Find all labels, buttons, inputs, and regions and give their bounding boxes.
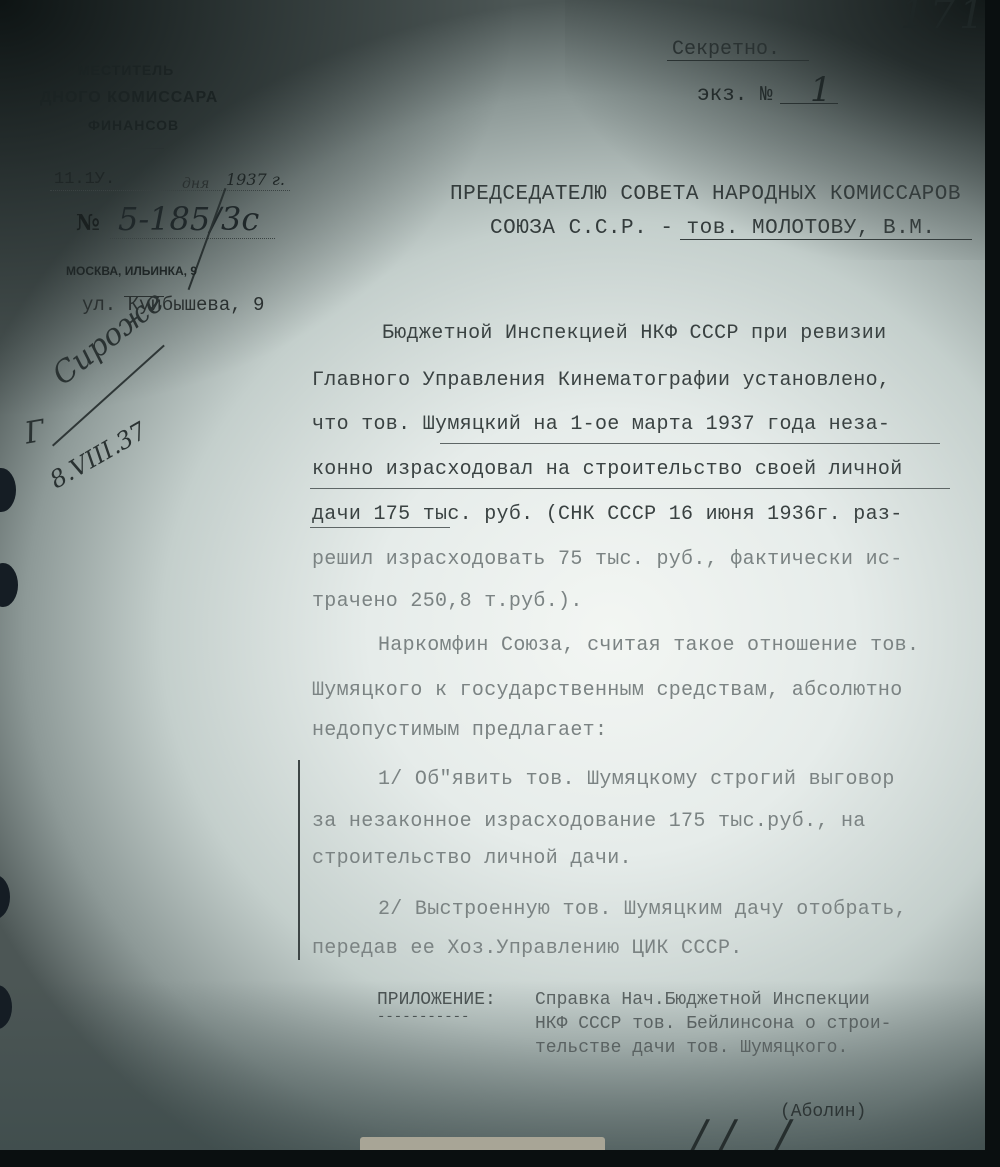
body-line: дачи 175 тыс. руб. (СНК СССР 16 июня 193… bbox=[312, 503, 903, 526]
date-day-month: 11.1У. bbox=[54, 170, 115, 189]
addressee-underline bbox=[680, 239, 972, 240]
classification-underline bbox=[667, 60, 809, 61]
pencil-underline bbox=[310, 488, 950, 489]
letterhead-line-3: ФИНАНСОВ bbox=[88, 117, 179, 133]
body-line: что тов. Шумяцкий на 1-ое марта 1937 год… bbox=[312, 413, 890, 436]
handwritten-date: 8.VIII.37 bbox=[45, 417, 152, 495]
number-sign: № bbox=[76, 210, 100, 236]
binding-hole bbox=[0, 985, 12, 1029]
handwritten-mark: Г bbox=[22, 414, 48, 452]
binding-hole bbox=[0, 563, 18, 607]
addressee-line-1: ПРЕДСЕДАТЕЛЮ СОВЕТА НАРОДНЫХ КОМИССАРОВ bbox=[450, 183, 961, 206]
body-line: решил израсходовать 75 тыс. руб., фактич… bbox=[312, 548, 903, 571]
date-dotted-line bbox=[50, 190, 290, 191]
proposal-item-1-line: строительство личной дачи. bbox=[312, 847, 632, 870]
letterhead-line-1: МЕСТИТЕЛЬ bbox=[78, 62, 174, 78]
body-line: недопустимым предлагает: bbox=[312, 719, 607, 742]
background-edge-bottom bbox=[0, 1150, 1000, 1167]
addressee-prefix: СОЮЗА С.С.Р. - bbox=[490, 217, 687, 240]
date-year: 1937 г. bbox=[226, 170, 285, 189]
proposal-item-1-line: 1/ Об"явить тов. Шумяцкому строгий выгов… bbox=[378, 768, 895, 791]
address-street: ул. Куйбышева, 9 bbox=[82, 294, 264, 316]
pencil-underline bbox=[440, 443, 940, 444]
background-edge-right bbox=[985, 0, 1000, 1167]
attachment-line: НКФ СССР тов. Бейлинсона о строи- bbox=[535, 1014, 891, 1034]
date-day-label: дня bbox=[182, 176, 209, 192]
body-line: Главного Управления Кинематографии устан… bbox=[312, 369, 890, 392]
attachment-label: ПРИЛОЖЕНИЕ: bbox=[377, 990, 496, 1010]
folder-tab bbox=[360, 1137, 605, 1150]
body-line: конно израсходовал на строительство свое… bbox=[312, 458, 903, 481]
attachment-line: Справка Нач.Бюджетной Инспекции bbox=[535, 990, 870, 1010]
attachment-dashes: ----------- bbox=[377, 1009, 469, 1025]
addressee-line-2: СОЮЗА С.С.Р. - тов. МОЛОТОВУ, В.М. bbox=[490, 217, 935, 240]
proposal-item-1-line: за незаконное израсходование 175 тыс.руб… bbox=[312, 810, 866, 833]
binding-hole bbox=[0, 468, 16, 512]
body-line: Шумяцкого к государственным средствам, а… bbox=[312, 679, 903, 702]
binding-hole bbox=[0, 875, 10, 919]
document-number: 5-185/3с bbox=[118, 200, 259, 238]
proposal-item-2-line: передав ее Хоз.Управлению ЦИК СССР. bbox=[312, 937, 743, 960]
letterhead-divider bbox=[122, 148, 164, 149]
pencil-underline bbox=[310, 527, 450, 528]
body-line: Наркомфин Союза, считая такое отношение … bbox=[378, 634, 919, 657]
address-city: МОСКВА, ИЛЬИНКА, 9 bbox=[66, 264, 197, 278]
copy-label: экз. № bbox=[697, 84, 773, 107]
addressee-name: тов. МОЛОТОВУ, В.М. bbox=[687, 217, 936, 240]
attachment-line: тельстве дачи тов. Шумяцкого. bbox=[535, 1038, 848, 1058]
document-page: 171 МЕСТИТЕЛЬ ДНОГО КОМИССАРА ФИНАНСОВ 1… bbox=[0, 0, 985, 1150]
handwritten-signature: // / bbox=[690, 1110, 802, 1150]
letterhead-line-2: ДНОГО КОМИССАРА bbox=[40, 89, 218, 107]
body-line: трачено 250,8 т.руб.). bbox=[312, 590, 583, 613]
copy-number: 1 bbox=[810, 70, 832, 110]
proposal-item-2-line: 2/ Выстроенную тов. Шумяцким дачу отобра… bbox=[378, 898, 907, 921]
classification-label: Секретно. bbox=[672, 38, 780, 61]
body-line: Бюджетной Инспекцией НКФ СССР при ревизи… bbox=[382, 322, 886, 345]
page-number: 171 bbox=[900, 0, 985, 38]
margin-pencil-line bbox=[298, 760, 300, 960]
number-dotted-line bbox=[110, 238, 275, 239]
